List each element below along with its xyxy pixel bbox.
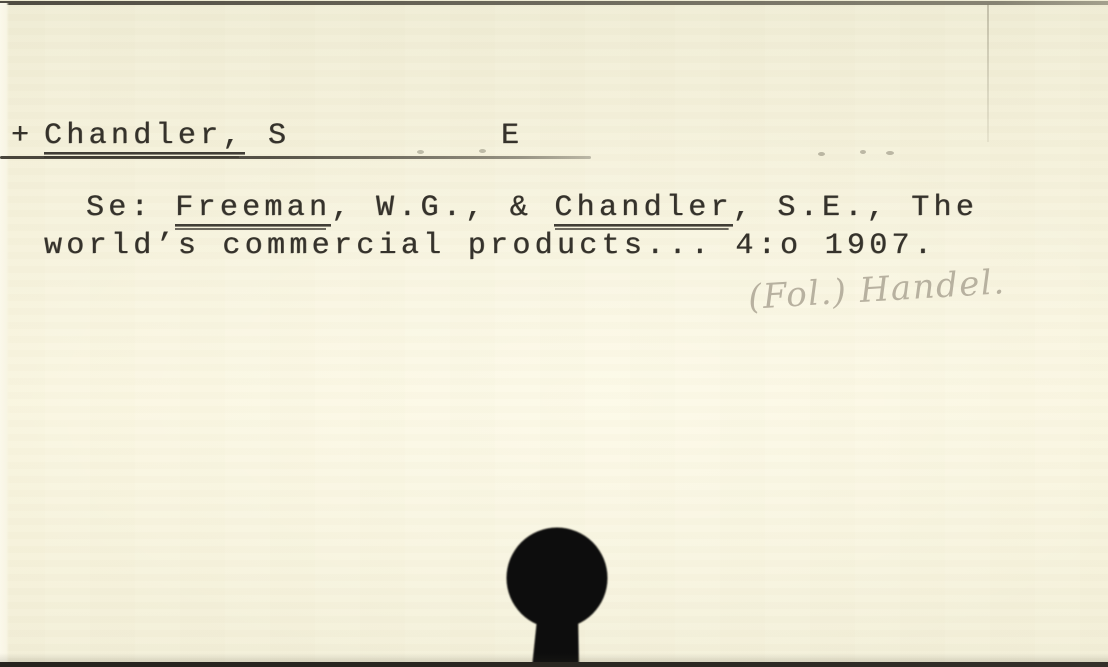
card-bottom-shadow (0, 653, 1108, 662)
reference-line-2: world’s commercial products... 4:o 1907. (44, 230, 936, 262)
keyhole-punch-hole (503, 526, 615, 667)
heading-rule-line (0, 156, 591, 159)
card-left-edge (0, 3, 9, 663)
referenced-author-freeman: Freeman (175, 192, 331, 230)
card-top-edge (0, 1, 1108, 5)
heading-initial-first: S (268, 120, 290, 152)
heading-initial-last: E (501, 120, 523, 152)
reference-line-1: Se: Freeman, W.G., & Chandler, S.E., The (86, 192, 978, 230)
card-bottom-edge (0, 662, 1108, 667)
faint-mark (818, 152, 825, 156)
faint-mark (479, 149, 486, 153)
faint-mark (860, 150, 866, 154)
body-text-segment: , W.G., & (331, 191, 554, 225)
referenced-author-chandler: Chandler (554, 192, 732, 230)
catalog-card: + Chandler, S E Se: Freeman, W.G., & Cha… (0, 0, 1108, 667)
body-text-segment: Se: (86, 191, 175, 225)
faint-mark (886, 151, 894, 155)
vertical-crease-mark (987, 4, 989, 142)
faint-mark (417, 150, 424, 154)
handwritten-annotation: (Fol.) Handel. (747, 262, 1007, 318)
heading-author-surname: Chandler, (44, 120, 245, 158)
heading-author-surname-text: Chandler, (44, 120, 245, 158)
body-text-segment: , S.E., The (733, 191, 978, 225)
heading-prefix-plus: + (11, 120, 33, 152)
